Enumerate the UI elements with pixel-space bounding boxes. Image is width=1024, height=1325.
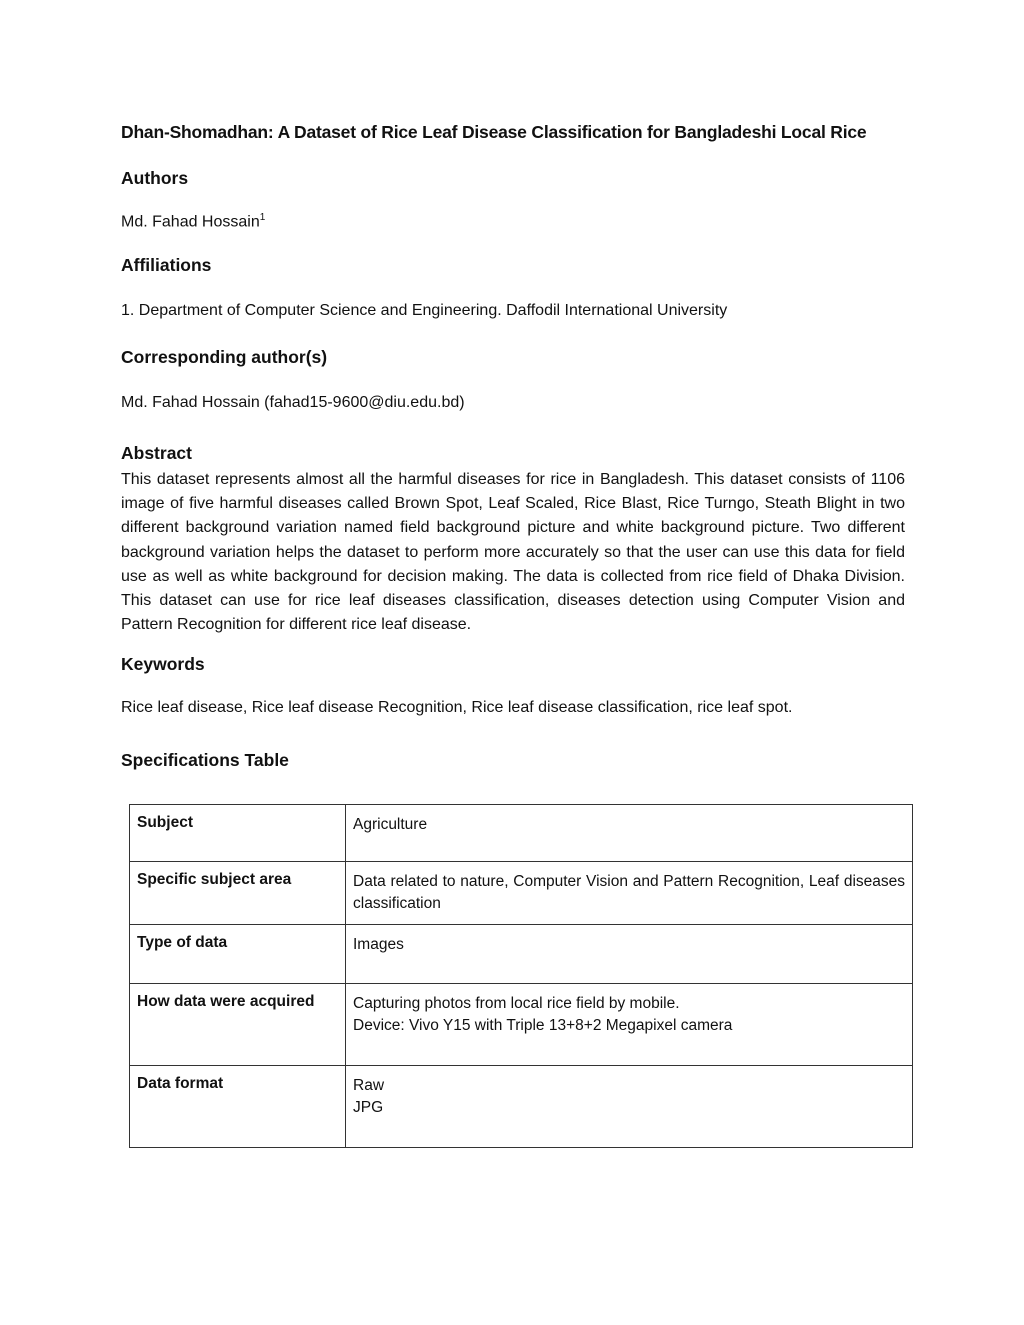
spec-value: Data related to nature, Computer Vision … — [346, 862, 913, 925]
keywords-heading: Keywords — [121, 654, 205, 675]
table-row: Specific subject areaData related to nat… — [130, 862, 913, 925]
abstract-heading: Abstract — [121, 443, 192, 464]
corresponding-heading: Corresponding author(s) — [121, 347, 327, 368]
table-row: Data formatRawJPG — [130, 1066, 913, 1148]
author-name-text: Md. Fahad Hossain — [121, 213, 260, 230]
spec-value: RawJPG — [346, 1066, 913, 1148]
authors-heading: Authors — [121, 168, 188, 189]
keywords-text: Rice leaf disease, Rice leaf disease Rec… — [121, 699, 792, 717]
spec-key: Subject — [130, 805, 346, 862]
table-row: How data were acquiredCapturing photos f… — [130, 984, 913, 1066]
spec-value-line: Agriculture — [353, 814, 905, 836]
spec-value: Agriculture — [346, 805, 913, 862]
spec-value-line: Capturing photos from local rice field b… — [353, 993, 905, 1015]
spec-key: How data were acquired — [130, 984, 346, 1066]
spec-key: Type of data — [130, 925, 346, 984]
spec-value-line: JPG — [353, 1097, 905, 1119]
author-name: Md. Fahad Hossain1 — [121, 212, 265, 231]
spec-value: Images — [346, 925, 913, 984]
corresponding-author: Md. Fahad Hossain (fahad15-9600@diu.edu.… — [121, 394, 465, 412]
affiliation-item: 1. Department of Computer Science and En… — [121, 302, 727, 320]
spec-value-line: Images — [353, 934, 905, 956]
paper-title: Dhan-Shomadhan: A Dataset of Rice Leaf D… — [121, 122, 866, 143]
spec-value-line: Data related to nature, Computer Vision … — [353, 871, 905, 915]
spec-key: Specific subject area — [130, 862, 346, 925]
specifications-table: SubjectAgricultureSpecific subject areaD… — [129, 804, 913, 1148]
spec-value-line: Raw — [353, 1075, 905, 1097]
affiliations-heading: Affiliations — [121, 255, 211, 276]
spec-key: Data format — [130, 1066, 346, 1148]
table-row: SubjectAgriculture — [130, 805, 913, 862]
spec-value: Capturing photos from local rice field b… — [346, 984, 913, 1066]
table-row: Type of dataImages — [130, 925, 913, 984]
spec-value-line: Device: Vivo Y15 with Triple 13+8+2 Mega… — [353, 1015, 905, 1037]
specifications-heading: Specifications Table — [121, 750, 289, 771]
abstract-text: This dataset represents almost all the h… — [121, 468, 905, 637]
author-affiliation-mark: 1 — [260, 212, 266, 223]
